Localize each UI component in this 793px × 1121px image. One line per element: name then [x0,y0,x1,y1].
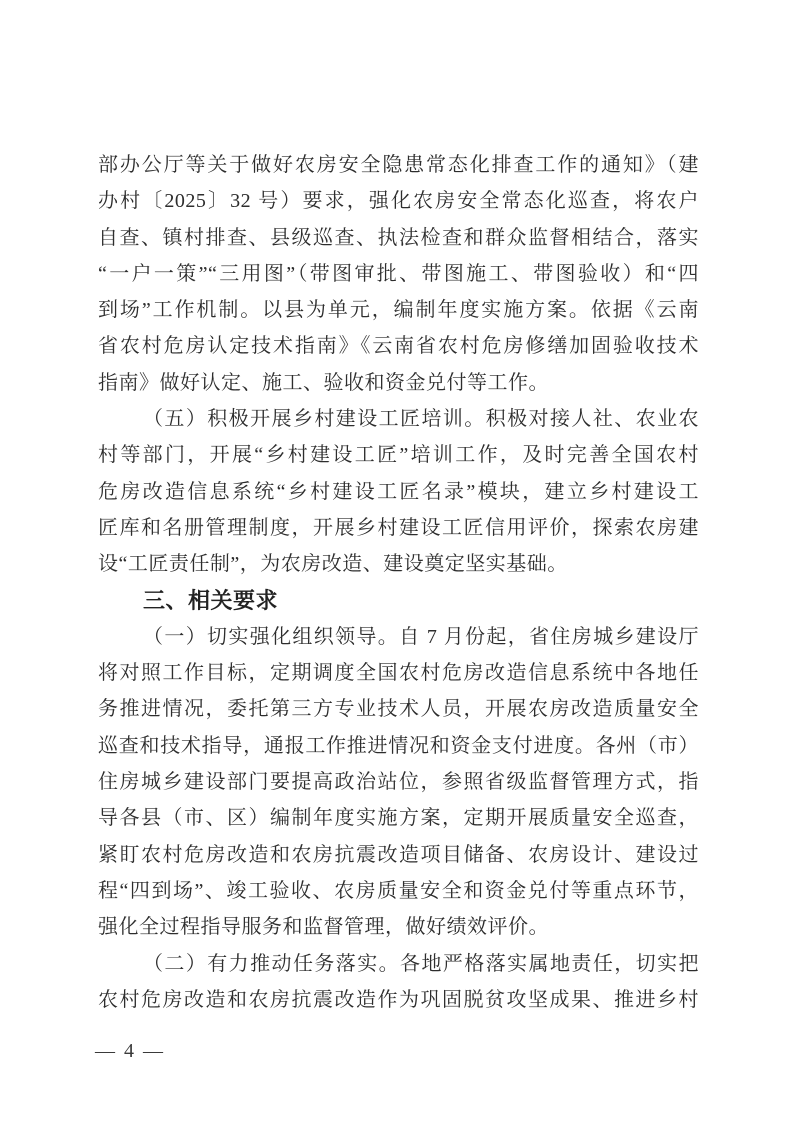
page-number: — 4 — [95,1040,165,1062]
text-line: 紧盯农村危房改造和农房抗震改造项目储备、农房设计、建设过 [98,837,699,873]
text-line: 巡查和技术指导，通报工作推进情况和资金支付进度。各州（市） [98,728,699,764]
text-line: （五）积极开展乡村建设工匠培训。积极对接人社、农业农 [98,401,699,437]
text-line: 程“四到场”、竣工验收、农房质量安全和资金兑付等重点环节， [98,873,699,909]
text-line: 村等部门，开展“乡村建设工匠”培训工作，及时完善全国农村 [98,437,699,473]
text-line: 省农村危房认定技术指南》《云南省农村危房修缮加固验收技术 [98,328,699,364]
document-page: 部办公厅等关于做好农房安全隐患常态化排查工作的通知》（建办村〔2025〕32 号… [0,0,793,1121]
text-line: 设“工匠责任制”，为农房改造、建设奠定坚实基础。 [98,546,699,582]
text-line: 务推进情况，委托第三方专业技术人员，开展农房改造质量安全 [98,691,699,727]
text-line: 农村危房改造和农房抗震改造作为巩固脱贫攻坚成果、推进乡村 [98,982,699,1018]
text-line: （一）切实强化组织领导。自 7 月份起，省住房城乡建设厅 [98,619,699,655]
text-line: 部办公厅等关于做好农房安全隐患常态化排查工作的通知》（建 [98,147,699,183]
text-line: 匠库和名册管理制度，开展乡村建设工匠信用评价，探索农房建 [98,510,699,546]
document-body: 部办公厅等关于做好农房安全隐患常态化排查工作的通知》（建办村〔2025〕32 号… [98,147,699,1018]
text-line: 自查、镇村排查、县级巡查、执法检查和群众监督相结合，落实 [98,220,699,256]
text-line: 导各县（市、区）编制年度实施方案，定期开展质量安全巡查， [98,800,699,836]
text-line: 指南》做好认定、施工、验收和资金兑付等工作。 [98,365,699,401]
text-line: 将对照工作目标，定期调度全国农村危房改造信息系统中各地任 [98,655,699,691]
text-line: “一户一策”“三用图”（带图审批、带图施工、带图验收）和“四 [98,256,699,292]
text-line: 到场”工作机制。以县为单元，编制年度实施方案。依据《云南 [98,292,699,328]
page-footer: — 4 — [95,1040,165,1063]
section-heading: 三、相关要求 [98,583,699,619]
text-line: 危房改造信息系统“乡村建设工匠名录”模块，建立乡村建设工 [98,474,699,510]
text-line: 强化全过程指导服务和监督管理，做好绩效评价。 [98,909,699,945]
text-line: （二）有力推动任务落实。各地严格落实属地责任，切实把 [98,946,699,982]
text-line: 办村〔2025〕32 号）要求，强化农房安全常态化巡查，将农户 [98,183,699,219]
text-line: 住房城乡建设部门要提高政治站位，参照省级监督管理方式，指 [98,764,699,800]
